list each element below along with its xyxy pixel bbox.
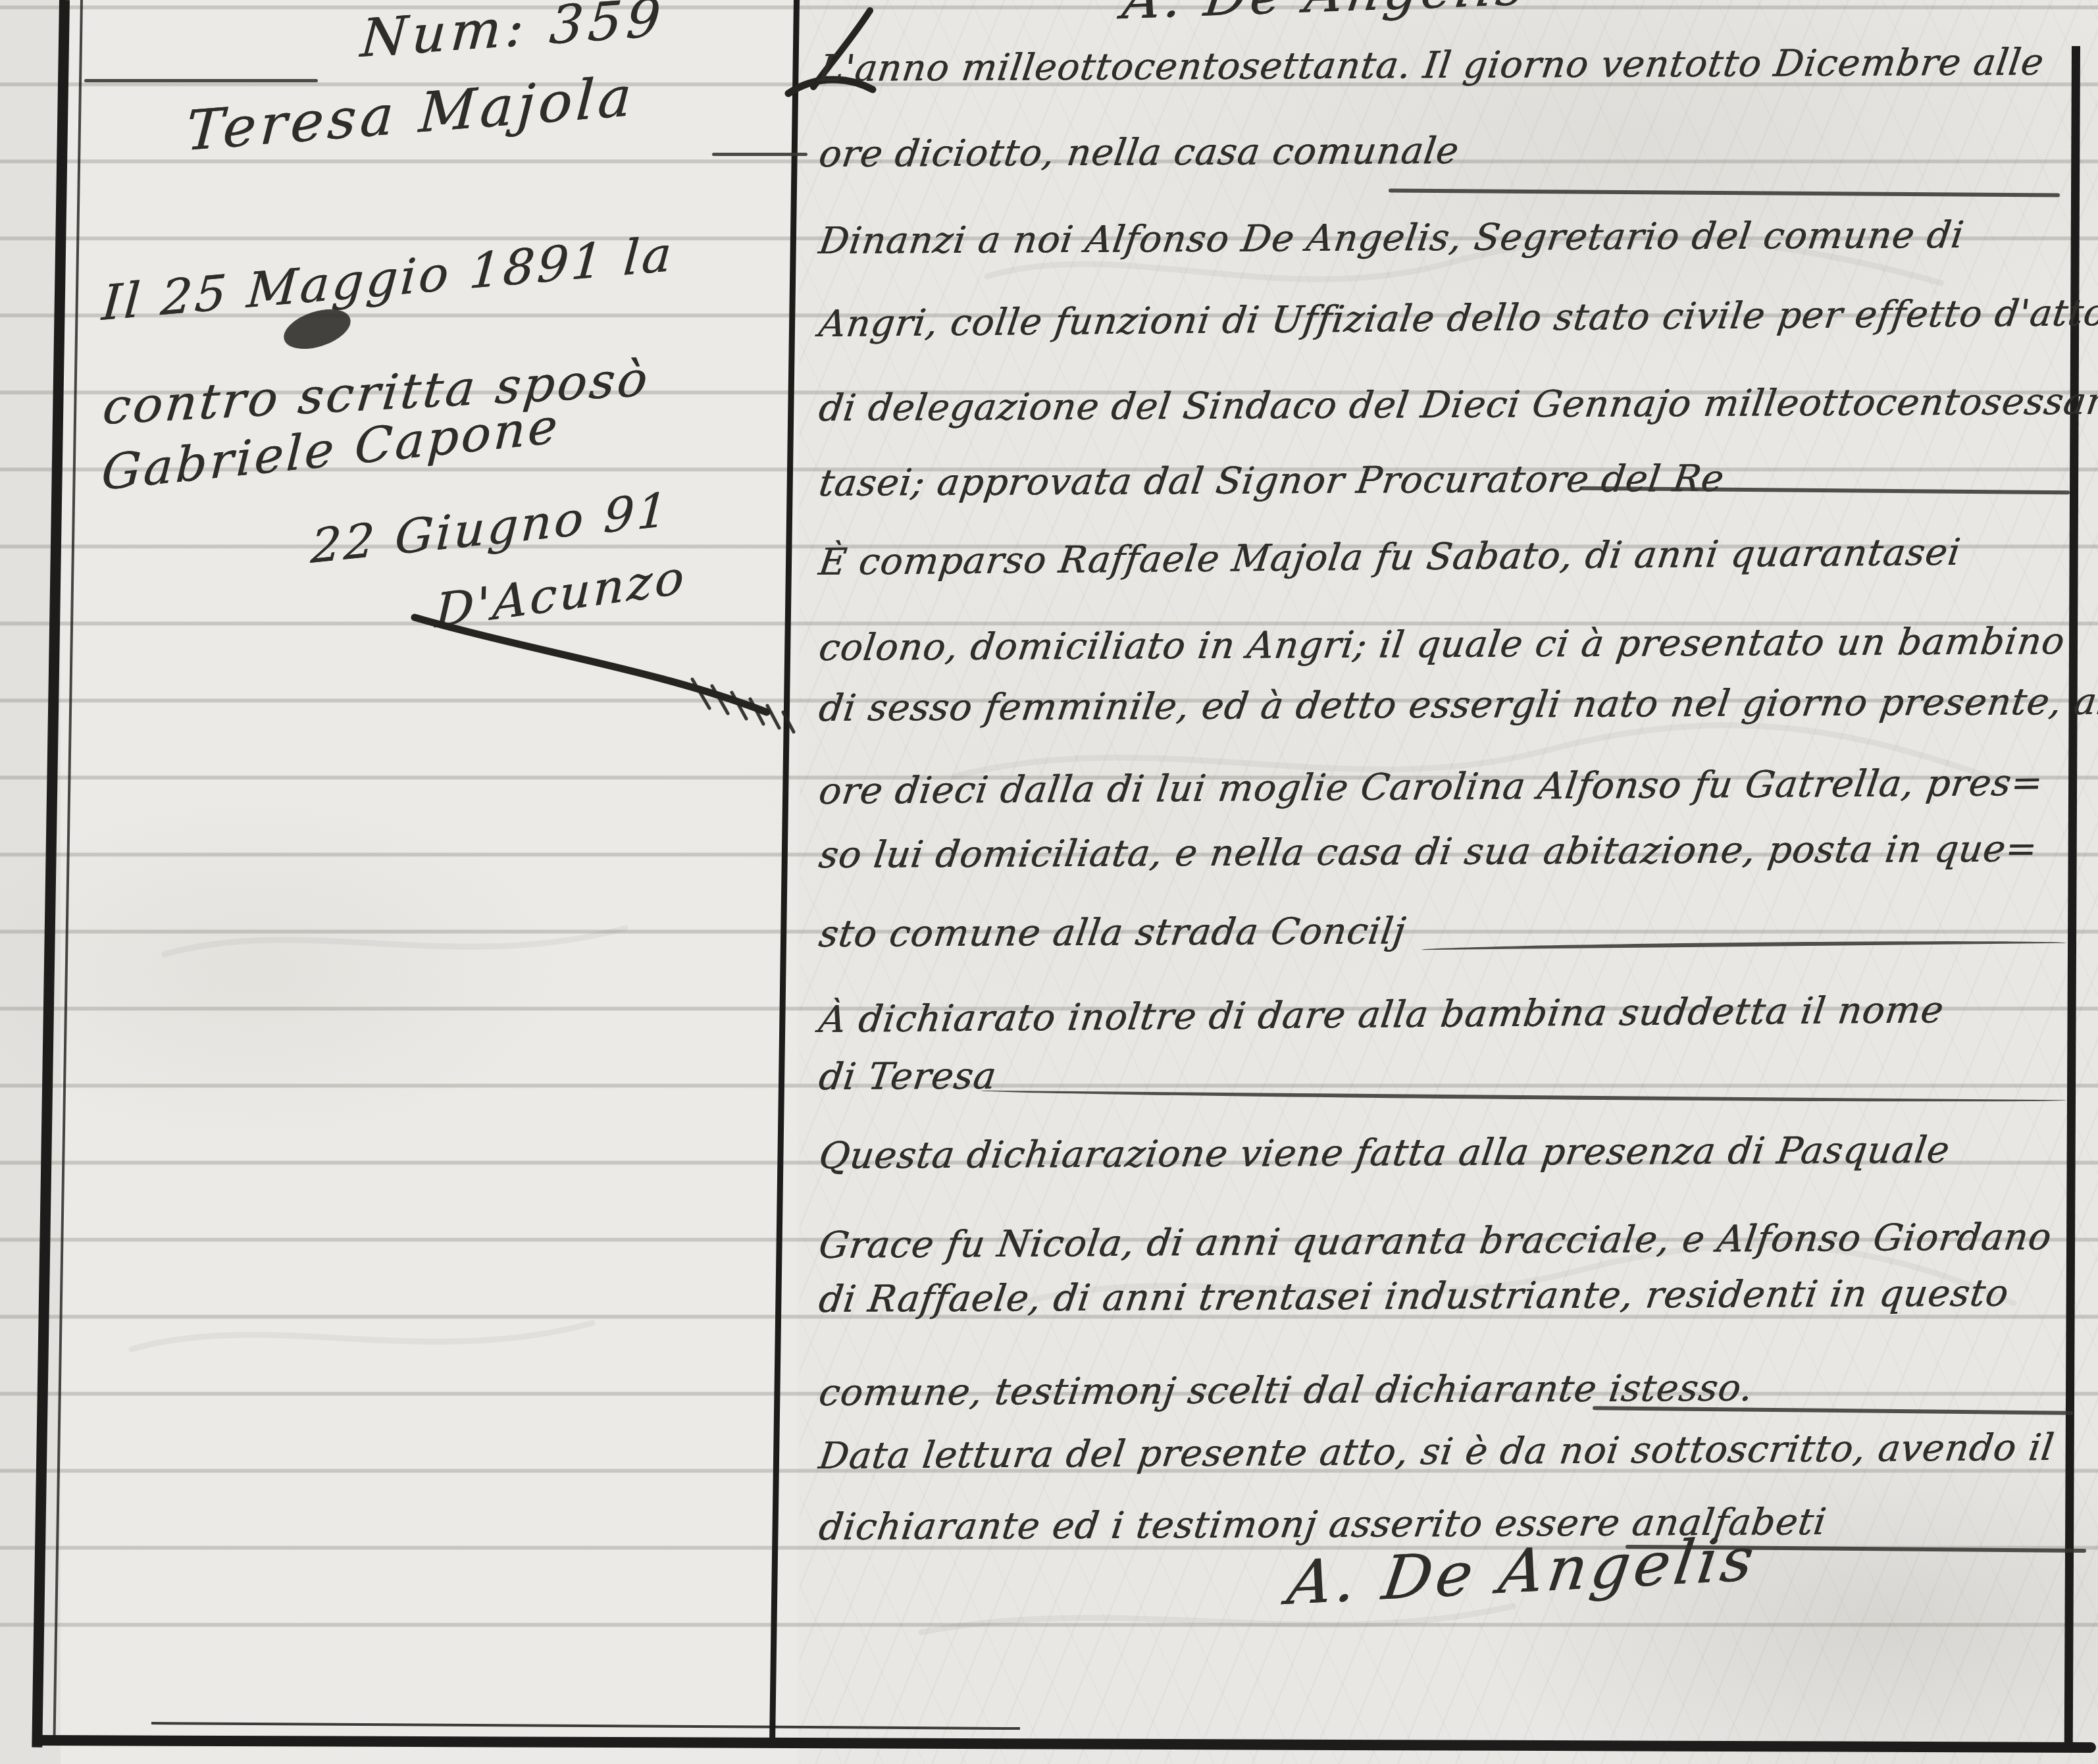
act-text-line: À dichiarato inoltre di dare alla bambin… (816, 987, 1947, 1043)
register-page: Num: 359 Teresa Majola Il 25 Maggio 1891… (0, 0, 2098, 1764)
act-text-line: Dinanzi a noi Alfonso De Angelis, Segret… (816, 213, 1967, 265)
act-text-line: di Teresa (816, 1054, 999, 1101)
act-text-line: sto comune alla strada Concilj (816, 908, 1408, 958)
act-text-line: di delegazione del Sindaco del Dieci Gen… (816, 378, 2098, 432)
act-text-line: colono, domiciliato in Angri; il quale c… (816, 619, 2068, 671)
act-text-line: so lui domiciliata, e nella casa di sua … (816, 826, 2040, 879)
act-text-line: Questa dichiarazione viene fatta alla pr… (816, 1128, 1953, 1180)
act-text-line: L'anno milleottocentosettanta. Il giorno… (816, 39, 2047, 92)
act-text-line: tasei; approvata dal Signor Procuratore … (816, 456, 1727, 507)
act-text-line: Grace fu Nicola, di anni quaranta bracci… (816, 1214, 2055, 1269)
act-text-line: ore dieci dalla di lui moglie Carolina A… (816, 760, 2046, 815)
act-text-line: di Raffaele, di anni trentasei industria… (816, 1271, 2012, 1323)
act-text-line: ore diciotto, nella casa comunale (816, 128, 1462, 178)
act-text-line: Data lettura del presente atto, si è da … (816, 1425, 2057, 1480)
act-text-line: di sesso femminile, ed à detto essergli … (816, 679, 2098, 732)
